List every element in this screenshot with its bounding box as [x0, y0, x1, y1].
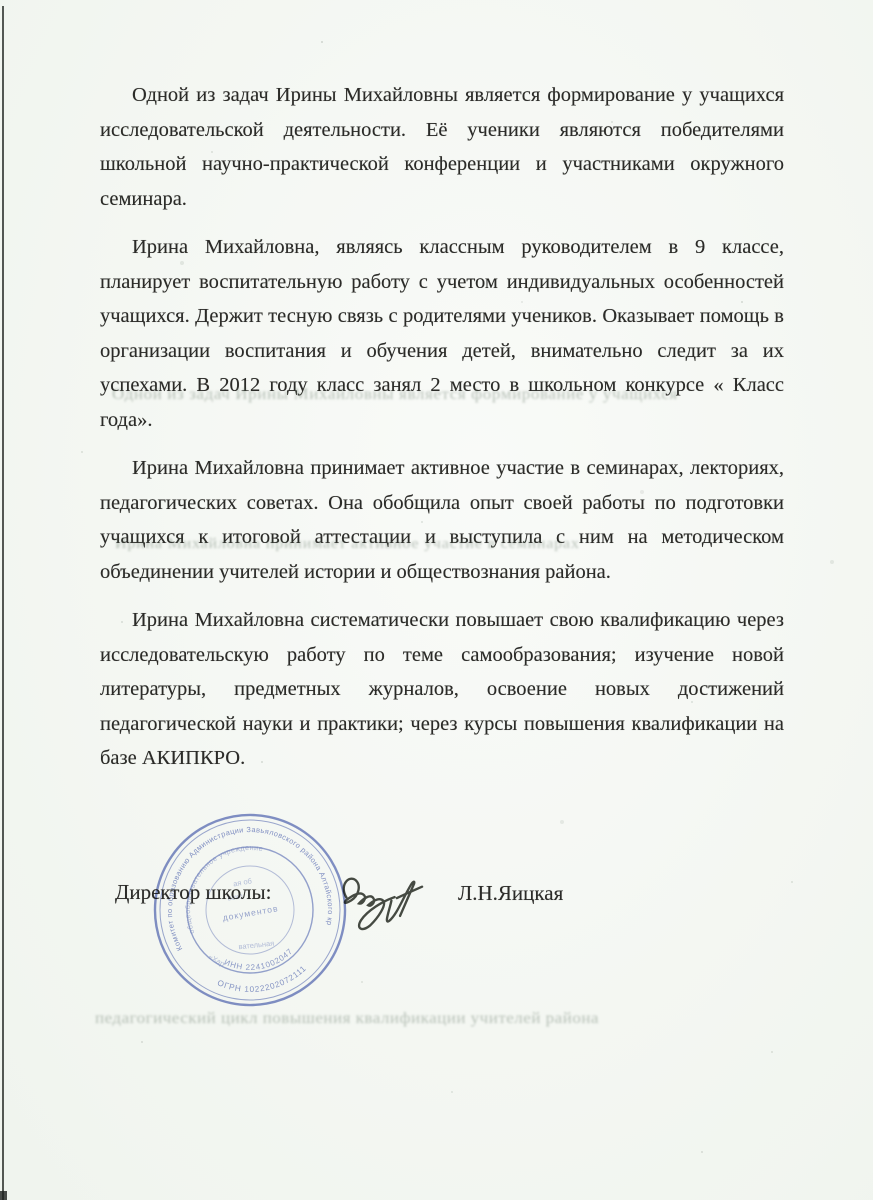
bleedthrough-text-line: Одной из задач Ирины Михайловны является… — [112, 385, 678, 404]
bleedthrough-text-line: педагогический цикл повышения квалификац… — [95, 1009, 599, 1028]
official-round-stamp: Комитет по образованию Администрации Зав… — [150, 810, 350, 1010]
paper-speckle-noise — [0, 0, 2, 2]
bleedthrough-text-line: Ирина Михайловна принимает активное учас… — [115, 535, 580, 552]
stamp-center-text: документов — [222, 903, 279, 923]
stamp-inner-fragment: вско — [227, 891, 244, 903]
paragraph: Ирина Михайловна систематически повышает… — [100, 603, 784, 776]
paragraph: Одной из задач Ирины Михайловны является… — [100, 78, 784, 216]
signer-name: Л.Н.Яицкая — [458, 881, 563, 906]
scanner-edge-artifact — [2, 6, 4, 1200]
paragraph: Ирина Михайловна, являясь классным руков… — [100, 230, 784, 437]
scanned-document-page: Одной из задач Ирины Михайловны является… — [0, 0, 873, 1200]
document-body: Одной из задач Ирины Михайловны является… — [100, 78, 784, 790]
paragraph: Ирина Михайловна принимает активное учас… — [100, 451, 784, 589]
scanner-corner-artifact — [0, 1191, 7, 1200]
stamp-inner-fragment: ая об — [232, 876, 252, 888]
